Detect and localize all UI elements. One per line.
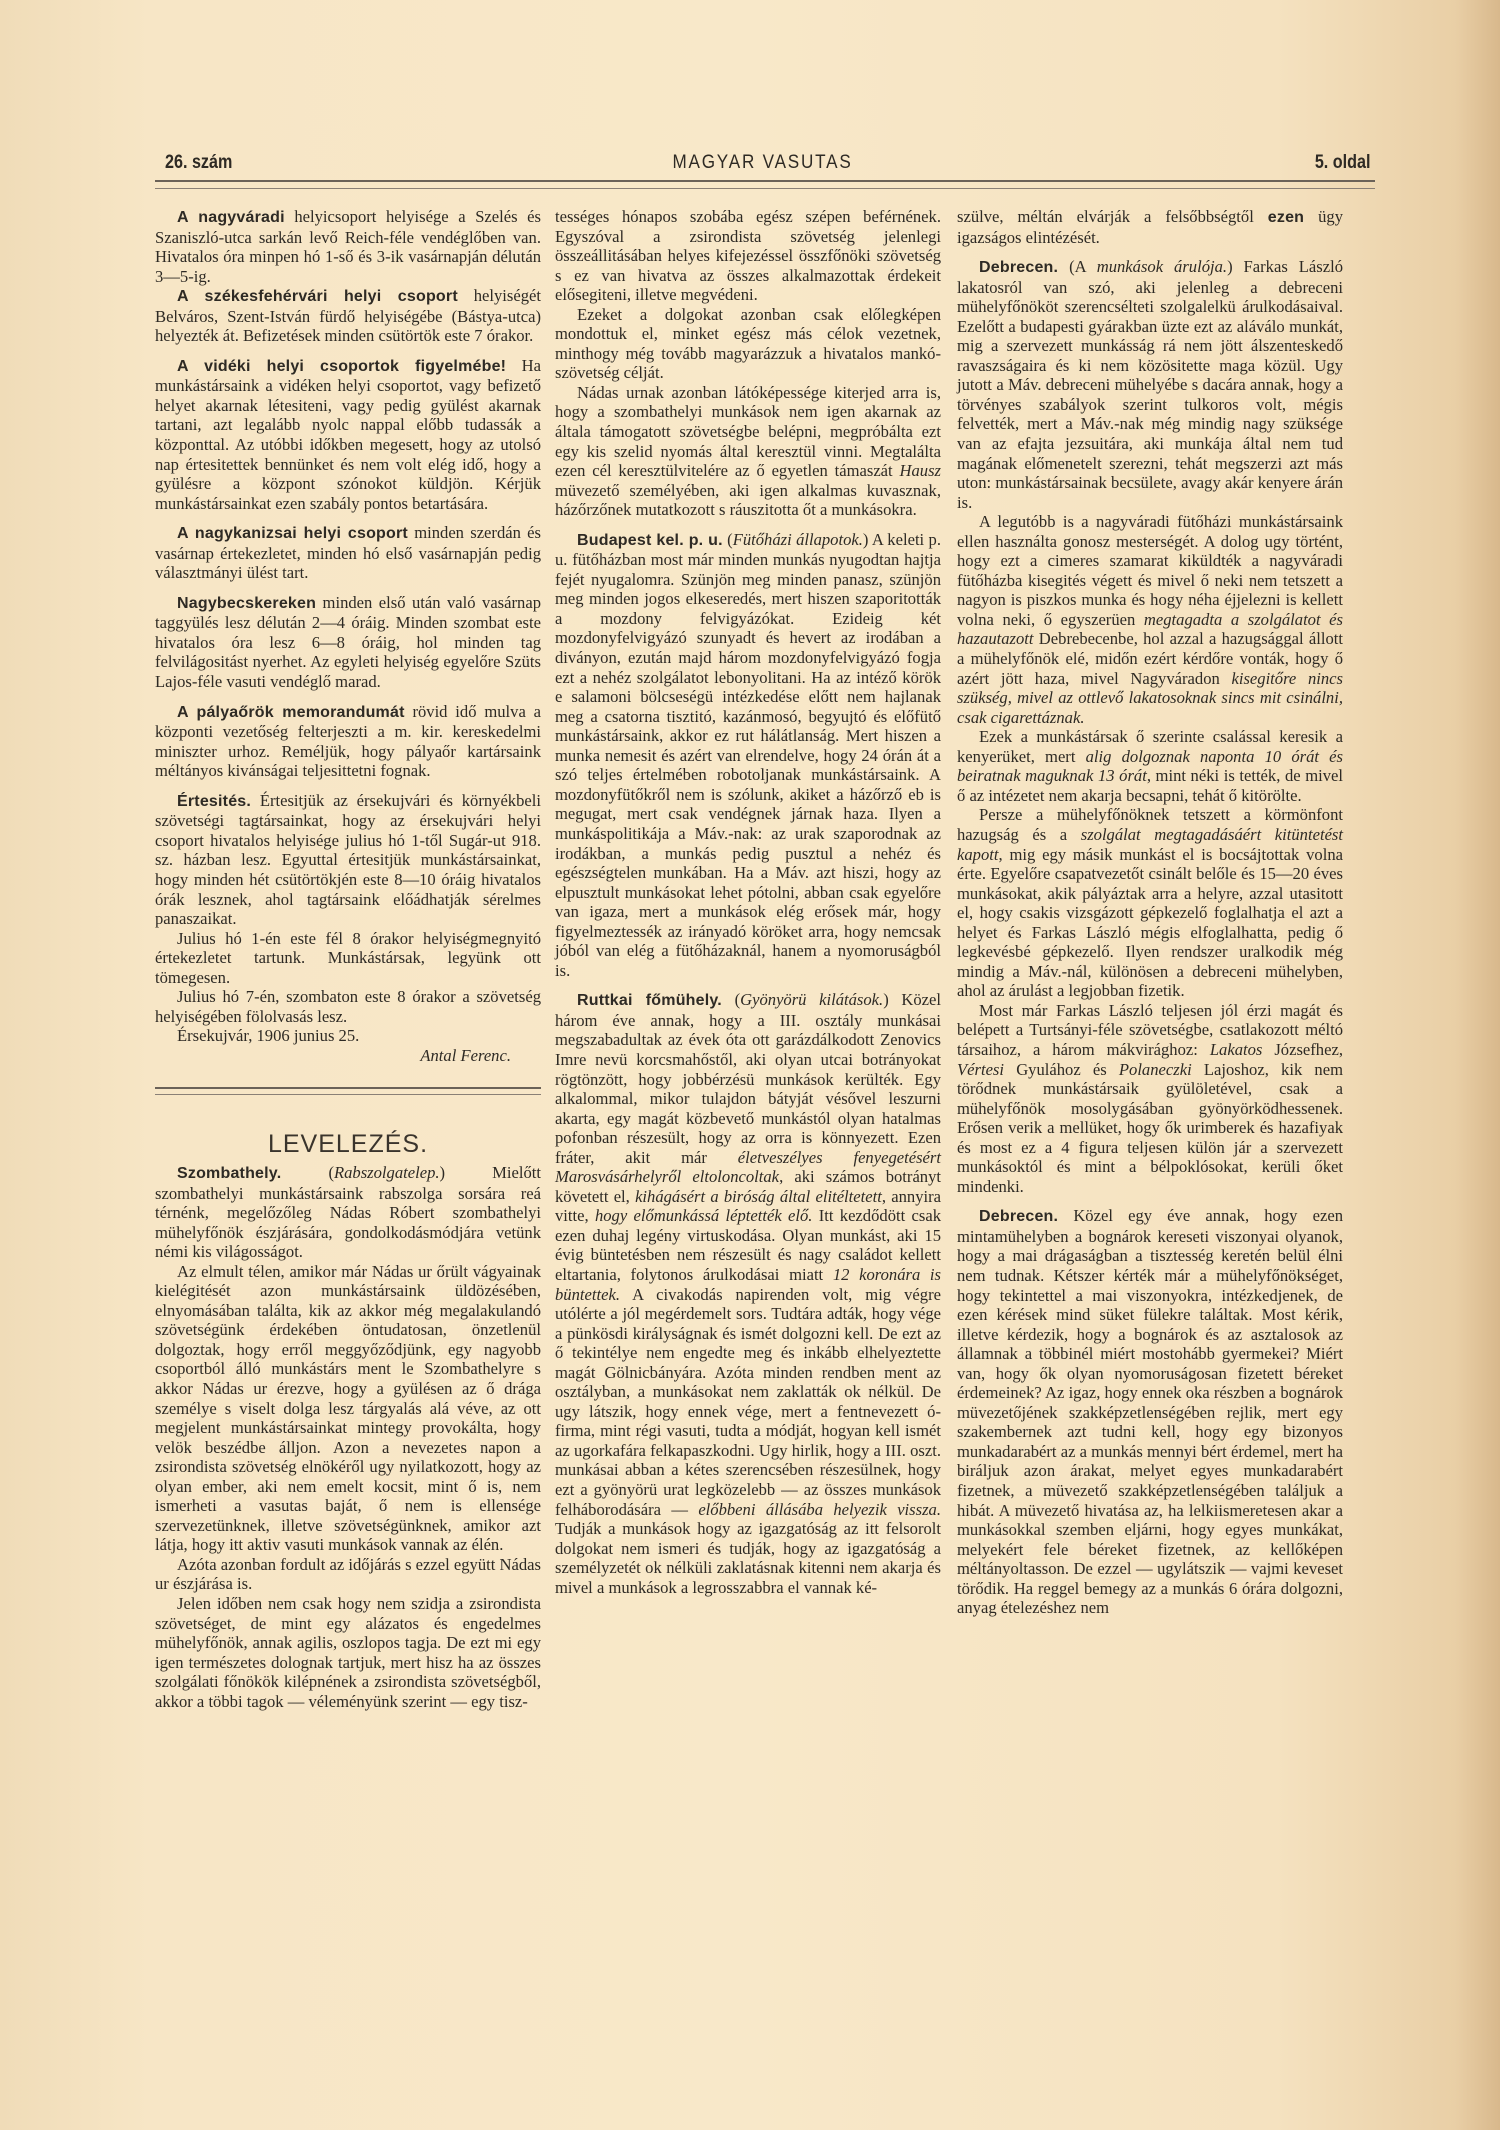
masthead-title: MAGYAR VASUTAS: [216, 152, 1310, 174]
article-heading: Értesités.: [177, 793, 251, 810]
section-title-levelezes: LEVELEZÉS.: [155, 1135, 541, 1155]
article-paragraph: Most már Farkas László teljesen jól érzi…: [957, 1001, 1343, 1196]
emphasis-text: kihágásért a biróság által elitéltetett: [635, 1187, 882, 1206]
article-heading: A pályaőrök memorandumát: [177, 704, 405, 721]
emphasis-text: Vértesi: [957, 1060, 1004, 1079]
article-paragraph: Azóta azonban fordult az időjárás s ezze…: [155, 1555, 541, 1594]
article-heading: ezen: [1268, 209, 1304, 226]
article-paragraph: A legutóbb is a nagyváradi fütőházi munk…: [957, 512, 1343, 727]
body-text: Antal Ferenc.: [420, 1046, 511, 1065]
article-paragraph: Julius hó 7-én, szombaton este 8 órakor …: [155, 987, 541, 1026]
body-text: Gyulához és: [1004, 1060, 1119, 1079]
body-text: szülve, méltán elvárják a felsőbbségtől: [957, 207, 1268, 226]
body-text: Értesitjük az érsekujvári és környékbeli…: [155, 791, 541, 928]
emphasis-text: hogy előmunkássá léptették elő.: [595, 1206, 813, 1225]
body-text: müvezető személyében, aki igen alkalmas …: [555, 481, 941, 520]
column-3-paragraphs: szülve, méltán elvárják a felsőbbségtől …: [957, 207, 1343, 1618]
body-text: Julius hó 7-én, szombaton este 8 órakor …: [155, 987, 541, 1026]
article-paragraph: Nagybecskereken minden első után való va…: [155, 593, 541, 692]
body-text: Józsefhez,: [1262, 1040, 1343, 1059]
body-text: (: [722, 990, 740, 1009]
header-rule: [155, 180, 1375, 189]
body-text: Tudják a munkások hogy az igazgatóság az…: [555, 1519, 941, 1597]
article-paragraph: A nagykanizsai helyi csoport minden szer…: [155, 523, 541, 583]
emphasis-text: Gyönyörü kilátások.: [740, 990, 883, 1009]
column-1: A nagyváradi helyicsoport helyisége a Sz…: [155, 207, 541, 1711]
article-paragraph: Szombathely. (Rabszolgatelep.) Mielőtt s…: [155, 1163, 541, 1262]
emphasis-text: Lakatos: [1210, 1040, 1263, 1059]
emphasis-text: Hausz: [900, 461, 942, 480]
page-number: 5. oldal: [1314, 152, 1370, 174]
column-3: szülve, méltán elvárják a felsőbbségtől …: [957, 207, 1343, 1618]
article-paragraph: Nádas urnak azonban látóképessége kiterj…: [555, 383, 941, 520]
article-paragraph: Ruttkai főmühely. (Gyönyörü kilátások.) …: [555, 990, 941, 1597]
article-paragraph: szülve, méltán elvárják a felsőbbségtől …: [957, 207, 1343, 247]
body-text: ) Közel három éve annak, hogy a III. osz…: [555, 990, 941, 1166]
article-heading: Debrecen.: [979, 259, 1058, 276]
article-paragraph: Budapest kel. p. u. (Fütőházi állapotok.…: [555, 530, 941, 981]
body-text: Közel egy éve annak, hogy ezen mintamühe…: [957, 1206, 1343, 1617]
article-paragraph: Ezek a munkástársak ő szerinte csalással…: [957, 727, 1343, 805]
page-header: 26. szám MAGYAR VASUTAS 5. oldal: [155, 150, 1370, 180]
article-paragraph: Az elmult télen, amikor már Nádas ur őrü…: [155, 1262, 541, 1555]
article-heading: A vidéki helyi csoportok figyelmébe!: [177, 358, 506, 375]
article-paragraph: Ezeket a dolgokat azonban csak előlegkép…: [555, 305, 941, 383]
article-heading: Szombathely.: [177, 1165, 281, 1182]
article-heading: A nagykanizsai helyi csoport: [177, 525, 408, 542]
article-paragraph: Jelen időben nem csak hogy nem szidja a …: [155, 1594, 541, 1711]
body-text: A civakodás napirenden volt, mig végre u…: [555, 1285, 941, 1519]
body-text: (: [281, 1163, 334, 1182]
body-text: (: [723, 530, 733, 549]
article-heading: Debrecen.: [979, 1208, 1058, 1225]
emphasis-text: Polaneczki: [1119, 1060, 1192, 1079]
article-paragraph: Debrecen. (A munkások árulója.) Farkas L…: [957, 257, 1343, 512]
article-paragraph: Értesités. Értesitjük az érsekujvári és …: [155, 791, 541, 929]
body-text: Ha munkástársaink a vidéken helyi csopor…: [155, 356, 541, 513]
article-paragraph: A nagyváradi helyicsoport helyisége a Sz…: [155, 207, 541, 286]
body-text: Lajoshoz, kik nem törődnek munkástársaik…: [957, 1060, 1343, 1196]
section-divider: [155, 1087, 541, 1095]
body-text: ) Farkas László lakatosról van szó, aki …: [957, 257, 1343, 512]
newspaper-page: 26. szám MAGYAR VASUTAS 5. oldal A nagyv…: [0, 0, 1500, 2130]
article-paragraph: Julius hó 1-én este fél 8 órakor helyisé…: [155, 929, 541, 988]
signature: Antal Ferenc.: [155, 1046, 541, 1066]
article-paragraph: A vidéki helyi csoportok figyelmébe! Ha …: [155, 356, 541, 513]
body-text: Érsekujvár, 1906 junius 25.: [177, 1026, 359, 1045]
column-2: tességes hónapos szobába egész szépen be…: [555, 207, 941, 1597]
article-heading: A székesfehérvári helyi csoport: [177, 288, 458, 305]
body-text: , mig egy másik munkást el is bocsájtott…: [957, 845, 1343, 1001]
emphasis-text: Rabszolgatelep.: [334, 1163, 440, 1182]
article-paragraph: tességes hónapos szobába egész szépen be…: [555, 207, 941, 305]
body-text: Az elmult télen, amikor már Nádas ur őrü…: [155, 1262, 541, 1555]
article-paragraph: A pályaőrök memorandumát rövid idő mulva…: [155, 702, 541, 781]
body-text: ) A keleti p. u. fütőházban most már min…: [555, 530, 941, 980]
article-heading: Budapest kel. p. u.: [577, 532, 723, 549]
article-heading: A nagyváradi: [177, 209, 285, 226]
article-paragraph: Érsekujvár, 1906 junius 25.: [155, 1026, 541, 1046]
article-paragraph: Debrecen. Közel egy éve annak, hogy ezen…: [957, 1206, 1343, 1617]
body-text: Nádas urnak azonban látóképessége kiterj…: [555, 383, 941, 480]
body-text: (A: [1058, 257, 1097, 276]
emphasis-text: Fütőházi állapotok.: [733, 530, 863, 549]
body-text: Ezeket a dolgokat azonban csak előlegkép…: [555, 305, 941, 383]
article-paragraph: A székesfehérvári helyi csoport helyiség…: [155, 286, 541, 346]
article-heading: Nagybecskereken: [177, 595, 316, 612]
emphasis-text: előbbeni állásába helyezik vissza.: [698, 1500, 941, 1519]
emphasis-text: munkások árulója.: [1097, 257, 1227, 276]
column-1-section-paragraphs: Szombathely. (Rabszolgatelep.) Mielőtt s…: [155, 1163, 541, 1711]
body-text: Julius hó 1-én este fél 8 órakor helyisé…: [155, 929, 541, 987]
column-2-paragraphs: tességes hónapos szobába egész szépen be…: [555, 207, 941, 1597]
body-text: Azóta azonban fordult az időjárás s ezze…: [155, 1555, 541, 1594]
column-1-paragraphs: A nagyváradi helyicsoport helyisége a Sz…: [155, 207, 541, 1065]
body-text: Jelen időben nem csak hogy nem szidja a …: [155, 1594, 541, 1711]
article-paragraph: Persze a mühelyfőnöknek tetszett a körmö…: [957, 805, 1343, 1000]
article-heading: Ruttkai főmühely.: [577, 992, 722, 1009]
body-text: tességes hónapos szobába egész szépen be…: [555, 207, 941, 304]
